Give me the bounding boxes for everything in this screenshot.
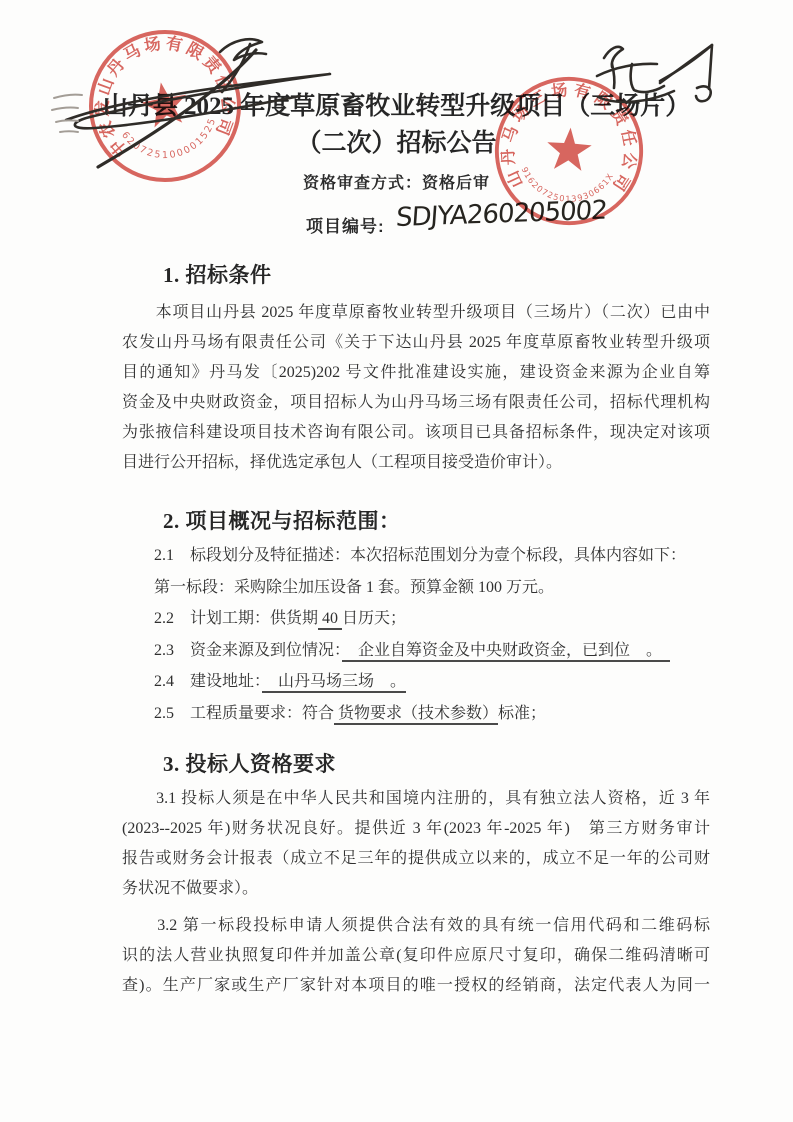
text-line: 2.1 标段划分及特征描述：本次招标范围划分为壹个标段，具体内容如下： [154,540,710,572]
text-line: 第一标段：采购除尘加压设备 1 套。预算金额 100 万元。 [154,572,710,604]
text-segment: 识的法人营业执照复印件并加盖公章(复印件应原尺寸复印，确保二维码清晰可 [122,947,710,964]
section-1-heading: 1. 招标条件 [163,259,272,289]
seal-star-icon [546,126,593,171]
text-line: 2.5 工程质量要求：符合 货物要求（技术参数）标准； [154,698,710,730]
project-number-label: 项目编号: [306,198,385,237]
text-line: 农发山丹马场有限责任公司《关于下达山丹县 2025 年度草原畜牧业转型升级项 [122,328,710,358]
text-segment: 2.5 工程质量要求：符合 [154,705,334,722]
text-segment: 2.3 资金来源及到位情况： [154,642,342,659]
text-segment: 2.4 建设地址： [154,673,262,690]
section-3-paragraph-2: 3.2 第一标段投标申请人须提供合法有效的具有统一信用代码和二维码标识的法人营业… [122,911,710,1001]
text-segment: (2023--2025 年)财务状况良好。提供近 3 年(2023 年-2025… [122,820,710,837]
section-2-heading: 2. 项目概况与招标范围： [163,505,401,535]
section-1-paragraph: 本项目山丹县 2025 年度草原畜牧业转型升级项目（三场片）（二次）已由中农发山… [122,298,710,478]
underlined-fill-in-value: 山丹马场三场 。 [262,673,406,693]
text-line: 目的通知》丹马发〔2025)202 号文件批准建设实施，建设资金来源为企业自筹 [122,358,710,388]
svg-text:620725100001525: 620725100001525 [118,114,224,169]
seal-registration-number: 91620725013930661X [517,165,615,207]
text-line: 目进行公开招标，择优选定承包人（工程项目接受造价审计）。 [122,448,710,478]
scanned-tender-document-page: 山丹县 2025 年度草原畜牧业转型升级项目（三场片） （二次）招标公告 资格审… [0,0,793,1122]
text-segment: 日历天； [342,610,406,627]
text-line: 查)。生产厂家或生产厂家针对本项目的唯一授权的经销商，法定代表人为同一 [122,971,710,1001]
underlined-fill-in-value: 企业自筹资金及中央财政资金，已到位 。 [342,642,670,662]
seal-registration-number: 620725100001525 [118,114,224,169]
text-segment: 本项目山丹县 2025 年度草原畜牧业转型升级项目（三场片）（二次）已由中 [122,304,710,321]
text-segment: 农发山丹马场有限责任公司《关于下达山丹县 2025 年度草原畜牧业转型升级项 [122,334,710,351]
company-seal-left: 中农发山丹马场有限责任公司 620725100001525 [72,13,257,198]
text-line: 报告或财务会计报表（成立不足三年的提供成立以来的，成立不足一年的公司财 [122,844,710,874]
text-segment: 报告或财务会计报表（成立不足三年的提供成立以来的，成立不足一年的公司财 [122,850,710,867]
text-segment: 资金及中央财政资金，项目招标人为山丹马场三场有限责任公司，招标代理机构 [122,394,710,411]
text-segment: 为张掖信科建设项目技术咨询有限公司。该项目已具备招标条件，现决定对该项 [122,424,710,441]
text-segment: 查)。生产厂家或生产厂家针对本项目的唯一授权的经销商，法定代表人为同一 [122,977,710,994]
text-segment: 第一标段：采购除尘加压设备 1 套。预算金额 100 万元。 [154,579,554,596]
svg-text:91620725013930661X: 91620725013930661X [517,165,615,207]
text-line: 3.1 投标人须是在中华人民共和国境内注册的，具有独立法人资格，近 3 年 [122,784,710,814]
underlined-fill-in-value: 货物要求（技术参数） [334,705,498,725]
text-segment: 3.2 第一标段投标申请人须提供合法有效的具有统一信用代码和二维码标 [122,917,710,934]
text-segment: 目的通知》丹马发〔2025)202 号文件批准建设实施，建设资金来源为企业自筹 [122,364,710,381]
text-segment: 2.2 计划工期：供货期 [154,610,318,627]
text-line: 识的法人营业执照复印件并加盖公章(复印件应原尺寸复印，确保二维码清晰可 [122,941,710,971]
text-line: 务状况不做要求）。 [122,874,710,904]
text-line: 2.4 建设地址： 山丹马场三场 。 [154,666,710,698]
text-segment: 标准； [498,705,546,722]
text-line: 3.2 第一标段投标申请人须提供合法有效的具有统一信用代码和二维码标 [122,911,710,941]
section-2-items: 2.1 标段划分及特征描述：本次招标范围划分为壹个标段，具体内容如下：第一标段：… [154,540,710,729]
text-line: 本项目山丹县 2025 年度草原畜牧业转型升级项目（三场片）（二次）已由中 [122,298,710,328]
seal-star-icon [138,78,190,129]
text-line: 2.3 资金来源及到位情况： 企业自筹资金及中央财政资金，已到位 。 [154,635,710,667]
section-3-paragraph-1: 3.1 投标人须是在中华人民共和国境内注册的，具有独立法人资格，近 3 年(20… [122,784,710,904]
text-segment: 3.1 投标人须是在中华人民共和国境内注册的，具有独立法人资格，近 3 年 [122,790,710,807]
text-line: 资金及中央财政资金，项目招标人为山丹马场三场有限责任公司，招标代理机构 [122,388,710,418]
text-line: (2023--2025 年)财务状况良好。提供近 3 年(2023 年-2025… [122,814,710,844]
underlined-fill-in-value: 40 [318,610,342,630]
section-3-heading: 3. 投标人资格要求 [163,748,336,778]
text-segment: 目进行公开招标，择优选定承包人（工程项目接受造价审计）。 [122,454,562,471]
text-segment: 2.1 标段划分及特征描述：本次招标范围划分为壹个标段，具体内容如下： [154,547,686,564]
company-seal-right: 山丹马场三场有限责任公司 91620725013930661X [486,68,653,235]
text-segment: 务状况不做要求）。 [122,880,258,897]
text-line: 2.2 计划工期：供货期 40 日历天； [154,603,710,635]
text-line: 为张掖信科建设项目技术咨询有限公司。该项目已具备招标条件，现决定对该项 [122,418,710,448]
